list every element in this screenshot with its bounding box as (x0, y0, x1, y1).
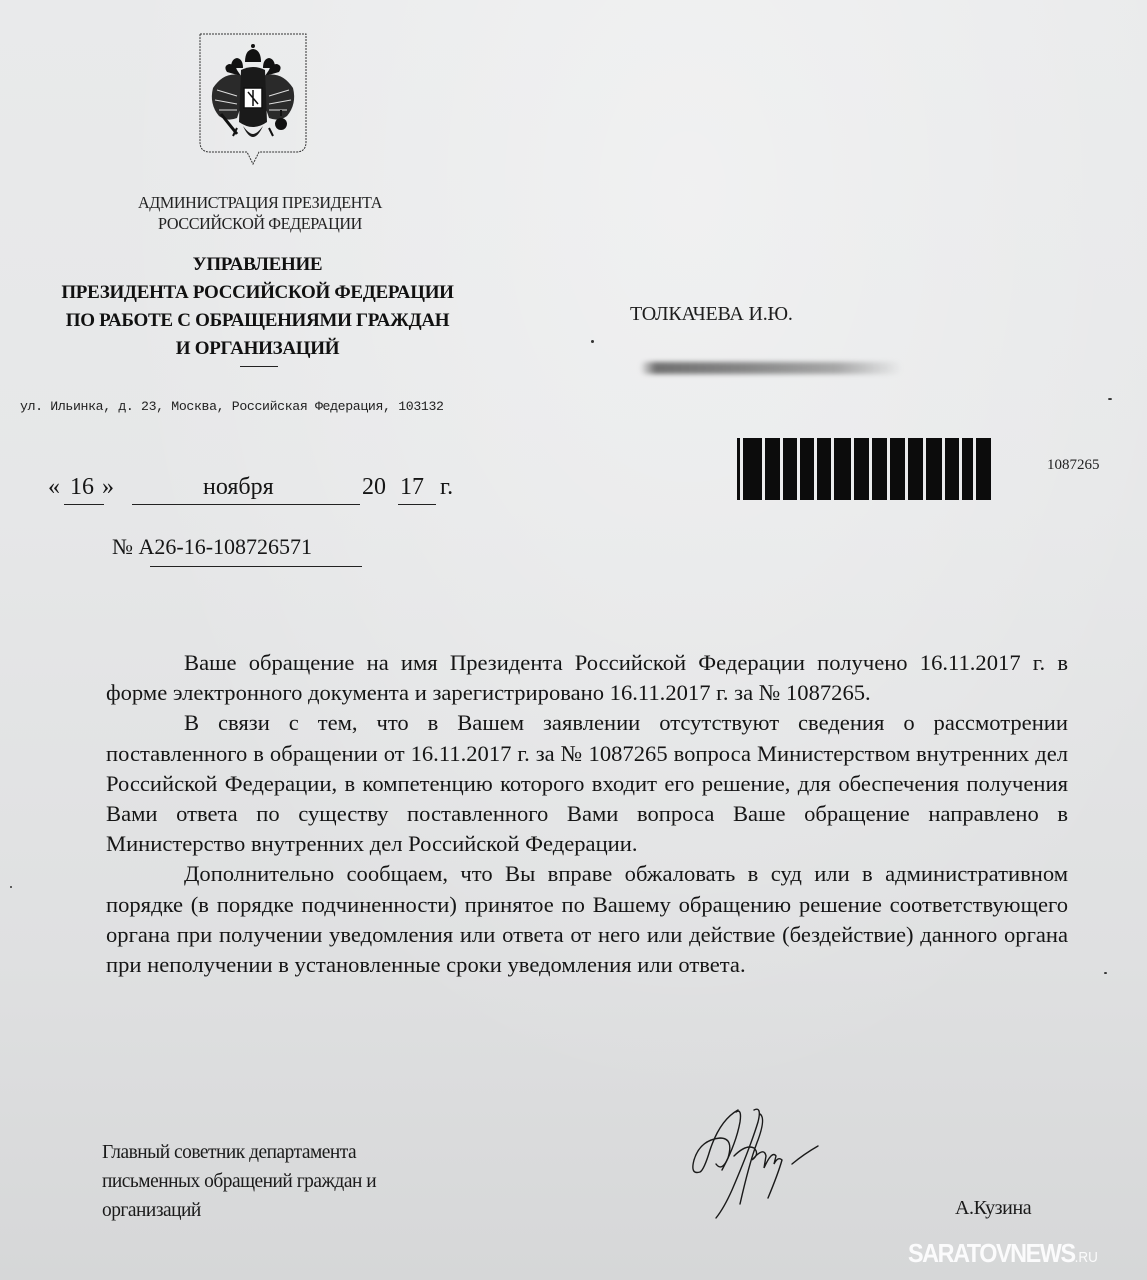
coat-of-arms-icon (197, 30, 309, 168)
dept-title-line4: И ОРГАНИЗАЦИЙ (20, 335, 495, 363)
barcode-bar (737, 438, 740, 500)
barcode-bar (743, 438, 762, 500)
date-close-quote: » (102, 474, 114, 501)
paper-speck (1108, 398, 1112, 400)
date-year-prefix: 20 (362, 474, 386, 501)
dept-title-line3: ПО РАБОТЕ С ОБРАЩЕНИЯМИ ГРАЖДАН (20, 307, 495, 335)
letterhead-divider (240, 366, 278, 367)
signer-position: Главный советник департамента письменных… (102, 1138, 376, 1225)
date-year-unit: г. (440, 474, 453, 501)
barcode-bar (800, 438, 814, 500)
barcode-bar (765, 438, 780, 500)
barcode-bar (872, 438, 887, 500)
signer-position-line3: организаций (102, 1196, 376, 1225)
recipient-name: ТОЛКАЧЕВА И.Ю. (630, 303, 793, 326)
paper-speck (591, 340, 594, 343)
date-year-suffix: 17 (400, 474, 424, 501)
handwritten-signature-icon (680, 1100, 820, 1230)
letter-body: Ваше обращение на имя Президента Российс… (106, 648, 1068, 980)
date-month: ноября (203, 474, 274, 501)
barcode-number: 1087265 (1047, 457, 1100, 474)
barcode-bar (945, 438, 959, 500)
date-open-quote: « (48, 474, 60, 501)
barcode-bar (976, 438, 991, 500)
signer-position-line1: Главный советник департамента (102, 1138, 376, 1167)
barcode (737, 438, 1009, 500)
year-underline (398, 504, 436, 505)
number-value: А26-16-108726571 (139, 534, 313, 559)
dept-title-line1: УПРАВЛЕНИЕ (20, 251, 495, 279)
dept-title-line2: ПРЕЗИДЕНТА РОССИЙСКОЙ ФЕДЕРАЦИИ (20, 279, 495, 307)
barcode-bar (890, 438, 905, 500)
admin-title-line1: АДМИНИСТРАЦИЯ ПРЕЗИДЕНТА (103, 192, 417, 213)
body-paragraph-2: В связи с тем, что в Вашем заявлении отс… (106, 708, 1068, 859)
barcode-bar (783, 438, 797, 500)
watermark-main: SARATOVNEWS (908, 1238, 1075, 1268)
watermark-suffix: .RU (1075, 1249, 1098, 1266)
barcode-bar (817, 438, 831, 500)
sender-address: ул. Ильинка, д. 23, Москва, Российская Ф… (20, 399, 500, 414)
number-sign: № (112, 534, 133, 559)
redacted-recipient-address (640, 362, 902, 374)
barcode-bar (962, 438, 973, 500)
signer-position-line2: письменных обращений граждан и (102, 1167, 376, 1196)
day-underline (64, 504, 104, 505)
barcode-bar (908, 438, 923, 500)
doc-number-underline (150, 566, 362, 567)
outgoing-document-number: № А26-16-108726571 (112, 534, 312, 560)
administration-title: АДМИНИСТРАЦИЯ ПРЕЗИДЕНТА РОССИЙСКОЙ ФЕДЕ… (103, 192, 417, 234)
saratovnews-watermark: SARATOVNEWS.RU (908, 1238, 1098, 1269)
barcode-bar (854, 438, 869, 500)
admin-title-line2: РОССИЙСКОЙ ФЕДЕРАЦИИ (103, 213, 417, 234)
paper-speck (1104, 972, 1107, 974)
body-paragraph-1: Ваше обращение на имя Президента Российс… (106, 648, 1068, 708)
barcode-bar (926, 438, 942, 500)
barcode-bar (834, 438, 851, 500)
month-underline (132, 504, 360, 505)
date-day: 16 (70, 474, 94, 501)
paper-speck (10, 886, 12, 888)
body-paragraph-3: Дополнительно сообщаем, что Вы вправе об… (106, 859, 1068, 980)
department-title: УПРАВЛЕНИЕ ПРЕЗИДЕНТА РОССИЙСКОЙ ФЕДЕРАЦ… (20, 251, 495, 363)
signer-name: А.Кузина (955, 1197, 1031, 1220)
